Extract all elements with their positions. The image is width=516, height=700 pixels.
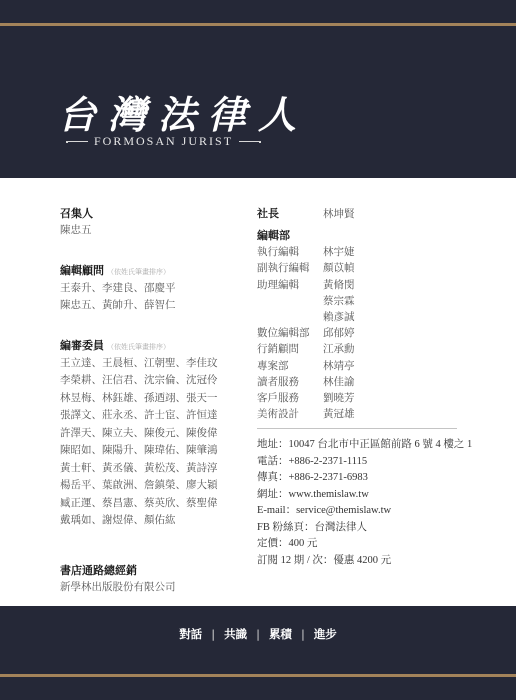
staff-role: 數位編輯部 (257, 325, 323, 341)
president-label: 社長 (257, 206, 323, 222)
staff-role: 專案部 (257, 358, 323, 374)
motto-separator: | (301, 627, 305, 641)
reviewers-title-text: 編審委員 (60, 339, 104, 352)
convener-title: 召集人 (60, 206, 250, 222)
left-column: 召集人 陳忠五 編輯顧問（依姓氏筆畫排序） 王泰升、李建良、邵慶平 陳忠五、黃帥… (60, 206, 250, 596)
subtitle-dash-right (239, 141, 259, 142)
footer-gold-line (0, 674, 516, 677)
reviewers-line: 李榮耕、汪信君、沈宗倫、沈冠伶 (60, 372, 250, 390)
staff-row: 美術設計黃冠雄 (257, 406, 467, 422)
staff-row: 讀者服務林佳諭 (257, 374, 467, 390)
reviewers-note: （依姓氏筆畫排序） (107, 343, 170, 351)
advisors-list: 王泰升、李建良、邵慶平 陳忠五、黃帥升、薛智仁 (60, 280, 250, 315)
distributor-title: 書店通路總經銷 (60, 563, 250, 579)
motto-word: 共識 (224, 626, 247, 642)
advisors-note: （依姓氏筆畫排序） (107, 268, 170, 276)
contact-address: 地址：10047 台北市中正區館前路 6 號 4 樓之 1 (257, 437, 487, 454)
reviewers-line: 林昱梅、林鈺雄、孫迺翊、張天一 (60, 390, 250, 408)
motto-word: 對話 (179, 626, 202, 642)
logo-title: 台灣法律人 (58, 84, 308, 139)
logo-subtitle-text: FORMOSAN JURIST (94, 134, 233, 149)
reviewers-line: 陳昭如、陳陽升、陳瑋佑、陳肇鴻 (60, 442, 250, 460)
reviewers-line: 楊岳平、葉啟洲、詹鎮榮、廖大穎 (60, 477, 250, 495)
reviewers-list: 王立達、王晨桓、江朝聖、李佳玟 李榮耕、汪信君、沈宗倫、沈冠伶 林昱梅、林鈺雄、… (60, 355, 250, 530)
contact-info: 地址：10047 台北市中正區館前路 6 號 4 樓之 1 電話：+886-2-… (257, 437, 487, 569)
reviewers-line: 張譯文、莊永丞、許士宦、許恒達 (60, 407, 250, 425)
logo-subtitle: FORMOSAN JURIST (68, 134, 259, 149)
motto-separator: | (256, 627, 260, 641)
staff-row: 副執行編輯顏苡幀 (257, 260, 467, 276)
staff-name: 黃脩閔 (323, 277, 355, 293)
staff-row: 助理編輯黃脩閔 (257, 277, 467, 293)
reviewers-title: 編審委員（依姓氏筆畫排序） (60, 338, 250, 355)
staff-row: 專案部林靖亭 (257, 358, 467, 374)
advisors-title-text: 編輯顧問 (60, 264, 104, 277)
motto-word: 累積 (269, 626, 292, 642)
staff-role: 執行編輯 (257, 244, 323, 260)
staff-name: 江承勳 (323, 341, 355, 357)
president-row: 社長 林坤賢 (257, 206, 467, 222)
header-banner: 台灣法律人 FORMOSAN JURIST (0, 0, 516, 178)
staff-name: 蔡宗霖 (323, 293, 355, 309)
reviewers-line: 許澤天、陳立夫、陳俊元、陳俊偉 (60, 425, 250, 443)
motto: 對話 | 共識 | 累積 | 進步 (0, 626, 516, 642)
staff-row: 客戶服務劉曉芳 (257, 390, 467, 406)
contact-subscription: 訂閱 12 期 / 次：優惠 4200 元 (257, 553, 487, 570)
staff-role: 行銷顧問 (257, 341, 323, 357)
contact-price: 定價：400 元 (257, 536, 487, 553)
staff-row: 行銷顧問江承勳 (257, 341, 467, 357)
reviewers-line: 戴瑀如、謝煜偉、顏佑紘 (60, 512, 250, 530)
staff-name: 林宇婕 (323, 244, 355, 260)
motto-word: 進步 (314, 626, 337, 642)
motto-separator: | (211, 627, 215, 641)
footer-banner: 對話 | 共識 | 累積 | 進步 (0, 606, 516, 700)
reviewers-line: 王立達、王晨桓、江朝聖、李佳玟 (60, 355, 250, 373)
staff-row: 蔡宗霖 (257, 293, 467, 309)
staff-name: 邱郁婷 (323, 325, 355, 341)
staff-role: 讀者服務 (257, 374, 323, 390)
staff-role (257, 293, 323, 309)
convener-name: 陳忠五 (60, 222, 250, 240)
staff-name: 賴彥誠 (323, 309, 355, 325)
advisors-line: 王泰升、李建良、邵慶平 (60, 280, 250, 298)
president-name: 林坤賢 (323, 206, 355, 222)
header-gold-line (0, 23, 516, 26)
distributor-name: 新學林出版股份有限公司 (60, 579, 250, 597)
staff-role (257, 309, 323, 325)
staff-row: 賴彥誠 (257, 309, 467, 325)
contact-divider (257, 428, 457, 429)
contact-email[interactable]: E-mail：service@themislaw.tw (257, 503, 487, 520)
right-column: 社長 林坤賢 編輯部 執行編輯林宇婕 副執行編輯顏苡幀 助理編輯黃脩閔 蔡宗霖 … (257, 206, 467, 422)
contact-facebook: FB 粉絲頁：台灣法律人 (257, 520, 487, 537)
staff-name: 顏苡幀 (323, 260, 355, 276)
staff-name: 林靖亭 (323, 358, 355, 374)
subtitle-dash-left (68, 141, 88, 142)
staff-role: 美術設計 (257, 406, 323, 422)
reviewers-line: 黃士軒、黃丞儀、黃松茂、黃詩淳 (60, 460, 250, 478)
staff-name: 林佳諭 (323, 374, 355, 390)
staff-role: 助理編輯 (257, 277, 323, 293)
staff-name: 劉曉芳 (323, 390, 355, 406)
staff-role: 副執行編輯 (257, 260, 323, 276)
advisors-line: 陳忠五、黃帥升、薛智仁 (60, 297, 250, 315)
staff-role: 客戶服務 (257, 390, 323, 406)
contact-website[interactable]: 網址：www.themislaw.tw (257, 487, 487, 504)
staff-row: 數位編輯部邱郁婷 (257, 325, 467, 341)
contact-fax: 傳真：+886-2-2371-6983 (257, 470, 487, 487)
staff-name: 黃冠雄 (323, 406, 355, 422)
advisors-title: 編輯顧問（依姓氏筆畫排序） (60, 263, 250, 280)
reviewers-line: 臧正運、蔡昌憲、蔡英欣、蔡聖偉 (60, 495, 250, 513)
staff-row: 執行編輯林宇婕 (257, 244, 467, 260)
editorial-title: 編輯部 (257, 228, 467, 244)
contact-phone: 電話：+886-2-2371-1115 (257, 454, 487, 471)
